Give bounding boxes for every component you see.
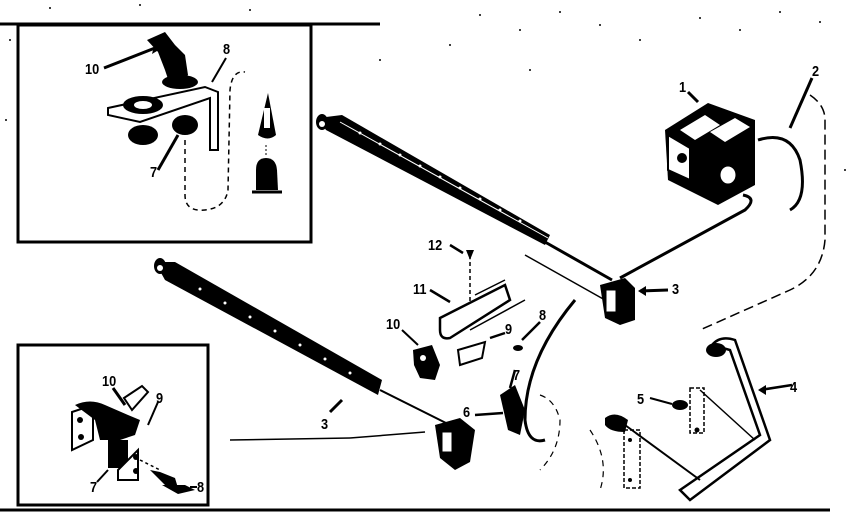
callout-3-left: 3 xyxy=(321,417,328,432)
callout-11: 11 xyxy=(413,282,426,297)
top-left-inset xyxy=(18,25,311,242)
callout-7-inset2: 7 xyxy=(90,480,97,495)
callout-10: 10 xyxy=(386,317,400,332)
callout-8: 8 xyxy=(539,308,546,323)
callout-10-inset2: 10 xyxy=(102,374,116,389)
callout-10-inset1: 10 xyxy=(85,62,99,77)
callout-8-inset2: 8 xyxy=(197,480,204,495)
callout-8-inset1: 8 xyxy=(223,42,230,57)
callout-9-inset2: 9 xyxy=(156,391,163,406)
callout-2: 2 xyxy=(812,64,819,79)
callout-9: 9 xyxy=(505,322,512,337)
callout-3-right: 3 xyxy=(672,282,679,297)
manifold xyxy=(605,338,792,500)
callout-6: 6 xyxy=(463,405,470,420)
gas-valve xyxy=(620,78,825,330)
parts-diagram xyxy=(0,0,864,516)
callout-5: 5 xyxy=(637,392,644,407)
callout-7: 7 xyxy=(513,368,520,383)
callout-4: 4 xyxy=(790,380,797,395)
callout-7-inset1: 7 xyxy=(150,165,157,180)
callout-1: 1 xyxy=(679,80,686,95)
callout-12: 12 xyxy=(428,238,442,253)
bottom-left-inset xyxy=(18,345,208,505)
